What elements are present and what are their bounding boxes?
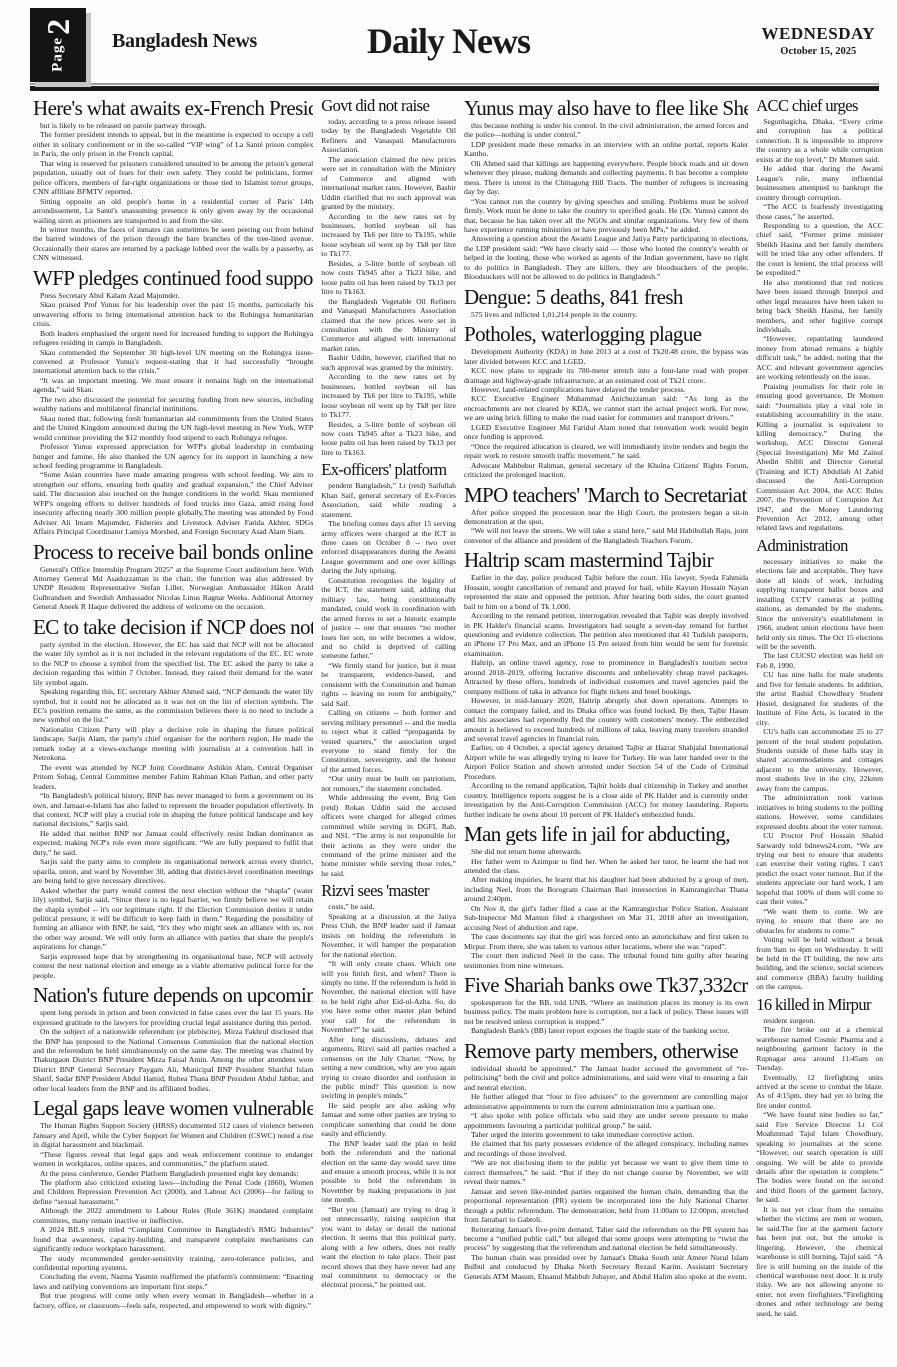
article-paragraph: “We want them to come. We are trying to … — [756, 907, 883, 935]
article-paragraph: The administration took various initiati… — [756, 793, 883, 831]
article-paragraph: The Human Rights Support Society (HRSS) … — [33, 1121, 313, 1149]
article-headline: Rizvi sees 'master — [321, 882, 456, 900]
article-paragraph: “These figures reveal that legal gaps an… — [33, 1150, 313, 1169]
article-paragraph: Bashir Uddin, however, clarified that no… — [321, 353, 456, 372]
article-paragraph: Sarjis said the party aims to complete i… — [33, 857, 313, 885]
article-paragraph: Sarjis expressed hope that by strengthen… — [33, 952, 313, 980]
article-paragraph: After long discussions, debates and argu… — [321, 1035, 456, 1101]
page-number-tab-text: Page 2 — [43, 19, 73, 72]
article-paragraph: He further alleged that “four to five ad… — [464, 1092, 748, 1111]
article-headline: Legal gaps leave women vulnerable — [33, 1097, 313, 1119]
article: Ex-officers' platformpendent Bangladesh,… — [321, 461, 456, 878]
article-headline: Ex-officers' platform — [321, 461, 456, 479]
article: MPO teachers' 'March to Secretariat'Afte… — [464, 484, 748, 546]
article: Five Shariah banks owe Tk37,332cr tospok… — [464, 974, 748, 1036]
article-paragraph: Voting will be held without a break from… — [756, 935, 883, 992]
column-4: ACC chief urgesSegunbagicha, Dhaka. “Eve… — [756, 97, 883, 1365]
article: Remove party members, otherwiseindividua… — [464, 1040, 748, 1281]
article: Here's what awaits ex-French Presidentbu… — [33, 97, 313, 263]
article-paragraph: Both leaders emphasised the urgent need … — [33, 329, 313, 348]
article-headline: Here's what awaits ex-French President — [33, 97, 313, 119]
article-paragraph: today, according to a press release issu… — [321, 117, 456, 155]
article-paragraph: “I also spoke with police officials who … — [464, 1111, 748, 1130]
article-paragraph: “We will not leave the streets. We will … — [464, 526, 748, 545]
article-paragraph: Although the 2022 amendment to Labour Ru… — [33, 1206, 313, 1225]
article-headline: Yunus may also have to flee like Sheikh — [464, 97, 748, 119]
article: Dengue: 5 deaths, 841 fresh575 lives and… — [464, 286, 748, 319]
page-tab-number: 2 — [43, 19, 73, 35]
article-headline: ACC chief urges — [756, 97, 883, 115]
article-paragraph: this because nothing is under his contro… — [464, 121, 748, 140]
article-paragraph: Sitting opposite an old people's home in… — [33, 197, 313, 225]
article-paragraph: “The ACC is fearlessly investigating tho… — [756, 202, 883, 221]
article-paragraph: necessary initiatives to make the electi… — [756, 557, 883, 652]
article-headline: EC to take decision if NCP does not — [33, 616, 313, 638]
article-headline: Administration — [756, 537, 883, 555]
newspaper-page: Page 2 Bangladesh News Daily News WEDNES… — [0, 0, 897, 1367]
article-paragraph: Oli Ahmed said that killings are happeni… — [464, 159, 748, 197]
article-paragraph: Nationalist Citizen Party will play a de… — [33, 725, 313, 763]
article-paragraph: General's Office Internship Program 2025… — [33, 565, 313, 612]
article-paragraph: 575 lives and inflicted 1,01,214 people … — [464, 310, 748, 319]
dateline: WEDNESDAY October 15, 2025 — [762, 24, 875, 57]
article-paragraph: Professor Yunus expressed appreciation f… — [33, 442, 313, 470]
article-paragraph: “But you (Jamaat) are trying to drag it … — [321, 1205, 456, 1290]
article-paragraph: LGED Executive Engineer Md Faridul Alam … — [464, 423, 748, 442]
article-paragraph: The association claimed the new prices w… — [321, 155, 456, 212]
article: Yunus may also have to flee like Sheikht… — [464, 97, 748, 282]
article-paragraph: He added that neither BNP nor Jamaat cou… — [33, 829, 313, 857]
article-paragraph: According to the new rates set by busine… — [321, 212, 456, 259]
article-headline: Dengue: 5 deaths, 841 fresh — [464, 286, 748, 308]
article-paragraph: Press Secretary Abul Kalam Azad Majumder… — [33, 291, 313, 300]
article-paragraph: The former president intends to appeal, … — [33, 130, 313, 158]
article-paragraph: “Some Asian countries have made amazing … — [33, 470, 313, 536]
column-3: Yunus may also have to flee like Sheikht… — [464, 97, 748, 1365]
article-paragraph: Jamaat and seven like-minded parties org… — [464, 1187, 748, 1225]
article-paragraph: “Once the required allocation is cleared… — [464, 442, 748, 461]
article-paragraph: He also mentioned that red notices have … — [756, 278, 883, 335]
article-paragraph: Development Authority (KDA) in June 2013… — [464, 347, 748, 366]
article-paragraph: Skau noted that, following fresh humanit… — [33, 414, 313, 442]
article-paragraph: KCC Executive Engineer Muhammad Anichuzz… — [464, 394, 748, 422]
article-paragraph: The two also discussed the potential for… — [33, 395, 313, 414]
article-paragraph: After police stopped the procession near… — [464, 508, 748, 527]
article: Legal gaps leave women vulnerableThe Hum… — [33, 1097, 313, 1310]
article-paragraph: CU's halls can accommodate 25 to 27 perc… — [756, 727, 883, 793]
page-number-tab: Page 2 — [30, 8, 86, 82]
article-paragraph: On Nov 8, the girl's father filed a case… — [464, 904, 748, 932]
article-headline: Govt did not raise — [321, 97, 456, 115]
article-paragraph: costs,” he said. — [321, 902, 456, 911]
article-paragraph: CU has nine halls for male students and … — [756, 670, 883, 727]
article-paragraph: He added that during the Awami League's … — [756, 164, 883, 202]
dateline-day: WEDNESDAY — [762, 24, 875, 44]
article: 16 killed in Mirpurresident surgeon.The … — [756, 996, 883, 1319]
article: Process to receive bail bonds onlineGene… — [33, 541, 313, 612]
article-paragraph: “Our unity must be built on patriotism, … — [321, 774, 456, 793]
article-paragraph: While addressing the event, Brig Gen (re… — [321, 793, 456, 878]
article: WFP pledges continued food supportPress … — [33, 267, 313, 537]
article-paragraph: Segunbagicha, Dhaka. “Every crime and co… — [756, 117, 883, 164]
article-paragraph: According to the new rates set by busine… — [321, 372, 456, 419]
article-paragraph: Skau praised Prof Yunus for his leadersh… — [33, 300, 313, 328]
article-paragraph: Asked whether the party would contest th… — [33, 886, 313, 952]
article-paragraph: The fire broke out at a chemical warehou… — [756, 1025, 883, 1072]
article-paragraph: Her father went to Azimpur to find her. … — [464, 857, 748, 876]
brand-title: Bangladesh News — [112, 30, 257, 53]
article-paragraph: Eventually, 12 firefighting units arrive… — [756, 1073, 883, 1111]
article-paragraph: Bangladesh Bank's (BB) latest report exp… — [464, 1026, 748, 1035]
article-paragraph: “It will only create chaos. Which one wi… — [321, 959, 456, 1035]
article-paragraph: But true progress will come only when ev… — [33, 1291, 313, 1310]
article-paragraph: It is not yet clear from the remains whe… — [756, 1205, 883, 1318]
article-paragraph: KCC now plans to upgrade its 780-meter s… — [464, 366, 748, 385]
article-paragraph: “It was an important meeting. We must en… — [33, 376, 313, 395]
article: Administrationnecessary initiatives to m… — [756, 537, 883, 992]
article-paragraph: The briefing comes days after 15 serving… — [321, 519, 456, 576]
article-paragraph: Earlier in the day, police produced Tajb… — [464, 573, 748, 611]
article-paragraph: Constitution recognises the legality of … — [321, 576, 456, 661]
article-paragraph: Speaking at a discussion at the Jatiya P… — [321, 912, 456, 959]
article-paragraph: resident surgeon. — [756, 1016, 883, 1025]
article-headline: Nation's future depends on upcoming — [33, 984, 313, 1006]
article-paragraph: The platform also criticized existing la… — [33, 1178, 313, 1206]
article-paragraph: Earlier, on 4 October, a special agency … — [464, 743, 748, 781]
article-paragraph: That wing is reserved for prisoners cons… — [33, 159, 313, 197]
article-paragraph: Taher urged the interim government to ta… — [464, 1130, 748, 1139]
article-paragraph: CU Proctor Prof Hossain Shahid Sarwardy … — [756, 831, 883, 907]
article-paragraph: The case documents say that the girl was… — [464, 932, 748, 951]
article-paragraph: “We have found nine bodies so far,” said… — [756, 1110, 883, 1205]
page-header: Page 2 Bangladesh News Daily News WEDNES… — [0, 0, 897, 92]
article-paragraph: Reiterating Jamaat's five-point demand, … — [464, 1225, 748, 1253]
article-paragraph: On the subject of a nationwide referendu… — [33, 1027, 313, 1093]
article-paragraph: Speaking regarding this, EC secretary Ak… — [33, 687, 313, 725]
article: Man gets life in jail for abducting,She … — [464, 823, 748, 970]
article-paragraph: Besides, a 5-litre bottle of soybean oil… — [321, 420, 456, 458]
article-paragraph: In winter months, the faces of inmates c… — [33, 225, 313, 263]
article-paragraph: “In Bangladesh's political history, BNP … — [33, 791, 313, 829]
article-paragraph: individual should be appointed.” The Jam… — [464, 1064, 748, 1092]
article-paragraph: “However, repatriating laundered money f… — [756, 334, 883, 381]
article-paragraph: However, land-related complications have… — [464, 385, 748, 394]
columns-container: Here's what awaits ex-French Presidentbu… — [33, 97, 883, 1365]
article-headline: Process to receive bail bonds online — [33, 541, 313, 563]
article: Haltrip scam mastermind TajbirEarlier in… — [464, 549, 748, 819]
article-paragraph: However, in mid-January 2020, Haltrip ab… — [464, 696, 748, 743]
masthead-title: Daily News — [367, 20, 530, 62]
article-paragraph: The human chain was presided over by Jam… — [464, 1253, 748, 1281]
article-paragraph: spokesperson for the BB, told UNB, “Wher… — [464, 998, 748, 1026]
article-paragraph: The event was attended by NCP Joint Coor… — [33, 763, 313, 791]
article: Rizvi sees 'mastercosts,” he said.Speaki… — [321, 882, 456, 1290]
article-paragraph: spent long periods in prison and been co… — [33, 1008, 313, 1027]
page-tab-label: Page — [50, 37, 67, 72]
article-headline: Potholes, waterlogging plague — [464, 323, 748, 345]
article-paragraph: The BNP leader said the plan to hold bot… — [321, 1139, 456, 1205]
article-paragraph: Advocate Mahbubur Rahman, general secret… — [464, 461, 748, 480]
article-paragraph: He claimed that his party possesses evid… — [464, 1139, 748, 1158]
article: ACC chief urgesSegunbagicha, Dhaka. “Eve… — [756, 97, 883, 533]
article-paragraph: “We are not disclosing them to the publi… — [464, 1158, 748, 1186]
article-paragraph: Praising journalists for their role in e… — [756, 382, 883, 533]
article-paragraph: After making inquiries, he learnt that h… — [464, 875, 748, 903]
article-headline: Haltrip scam mastermind Tajbir — [464, 549, 748, 571]
article-headline: WFP pledges continued food support — [33, 267, 313, 289]
article-paragraph: “We firmly stand for justice, but it mus… — [321, 661, 456, 708]
article-paragraph: The last CUCSU election was held on Feb … — [756, 651, 883, 670]
article-paragraph: Concluding the event, Nazma Yasmin reaff… — [33, 1272, 313, 1291]
article-headline: Remove party members, otherwise — [464, 1040, 748, 1062]
article-paragraph: but is likely to be released on parole p… — [33, 121, 313, 130]
article-headline: MPO teachers' 'March to Secretariat' — [464, 484, 748, 506]
article: EC to take decision if NCP does notparty… — [33, 616, 313, 980]
header-divider-rule — [30, 82, 879, 91]
article-headline: Man gets life in jail for abducting, — [464, 823, 748, 845]
article-paragraph: Besides, a 5-litre bottle of soybean oil… — [321, 259, 456, 297]
article-paragraph: He said people are also asking why Jamaa… — [321, 1101, 456, 1139]
article-paragraph: She did not return home afterwards. — [464, 847, 748, 856]
column-1: Here's what awaits ex-French Presidentbu… — [33, 97, 313, 1365]
article-paragraph: According to the remand application, Taj… — [464, 781, 748, 819]
dateline-date: October 15, 2025 — [762, 46, 875, 57]
article: Potholes, waterlogging plagueDevelopment… — [464, 323, 748, 479]
article-paragraph: party symbol in the election. However, t… — [33, 640, 313, 687]
article-paragraph: Skau commended the September 30 high-lev… — [33, 348, 313, 376]
article-paragraph: The court then indicted Neel in the case… — [464, 951, 748, 970]
article-paragraph: Answering a question about the Awami Lea… — [464, 234, 748, 281]
article-paragraph: “You cannot run the country by giving sp… — [464, 197, 748, 235]
article: Govt did not raisetoday, according to a … — [321, 97, 456, 457]
article-paragraph: pendent Bangladesh,” Lt (retd) Saifullah… — [321, 481, 456, 519]
article-paragraph: Calling on citizens -- both former and s… — [321, 708, 456, 774]
article-paragraph: LDP president made these remarks in an i… — [464, 140, 748, 159]
article-paragraph: According to the remand petition, interr… — [464, 611, 748, 658]
article-paragraph: At the press conference, Gender Platform… — [33, 1169, 313, 1178]
article-headline: Five Shariah banks owe Tk37,332cr to — [464, 974, 748, 996]
article-paragraph: the Bangladesh Vegetable Oil Refiners an… — [321, 297, 456, 354]
article-paragraph: A 2024 BILS study titled “Complaint Comm… — [33, 1225, 313, 1253]
article-paragraph: Haltrip, an online travel agency, rose t… — [464, 658, 748, 696]
article-paragraph: Responding to a question, the ACC chief … — [756, 221, 883, 278]
article-headline: 16 killed in Mirpur — [756, 996, 883, 1014]
article-paragraph: The study recommended gender-sensitivity… — [33, 1254, 313, 1273]
article: Nation's future depends on upcomingspent… — [33, 984, 313, 1093]
column-2: Govt did not raisetoday, according to a … — [321, 97, 456, 1365]
